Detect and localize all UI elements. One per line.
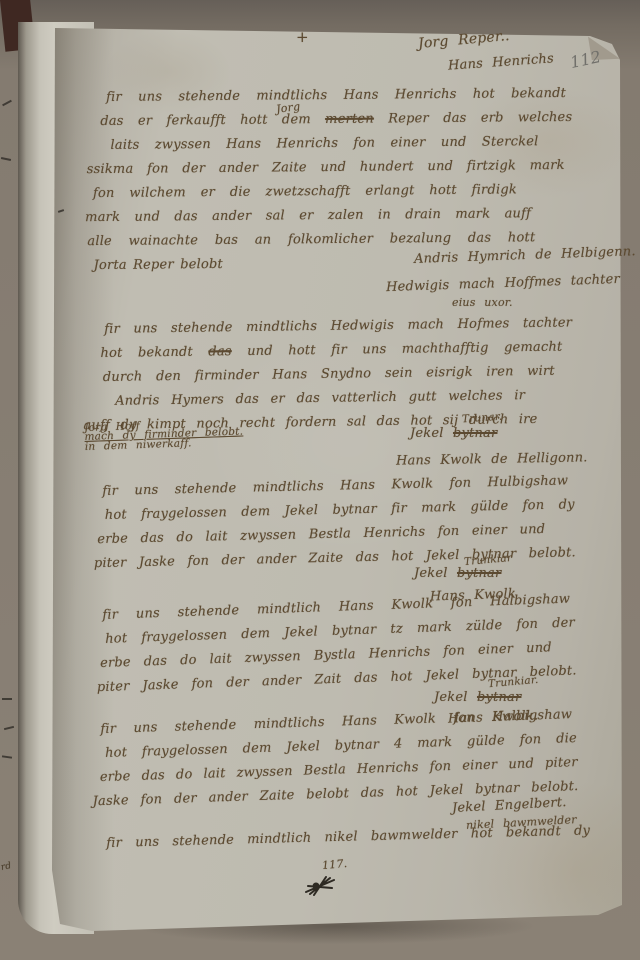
signature: Jekel bytnar [410,426,497,441]
signature-name: Jekel [410,426,444,441]
signature-name: Jekel [414,566,448,581]
strikethrough-word: bytnar [477,690,521,705]
margin-note: Jorg Hoff mach dy firminder belobt. in d… [84,416,244,453]
signature: Jekel bytnar [434,690,521,705]
manuscript-photo: + Jorg Reper.. Hans Henrichs 112 fir uns… [0,0,640,960]
strikethrough-word: bytnar [453,426,497,441]
strikethrough-word: das [208,344,232,359]
ink-blot [304,874,338,896]
edge-ink-mark [1,157,11,161]
cross-mark: + [296,28,309,46]
strikethrough-word: bytnar [457,566,501,581]
signature: Jekel bytnar [414,566,501,581]
edge-ink-mark [4,726,14,730]
signature: eius uxor. [452,296,513,309]
record-line: fon wilchem er die zwetzschafft erlangt … [93,178,517,206]
line-text: und hott fir uns machthafftig gemacht [247,340,562,359]
edge-ink-mark [2,755,12,758]
line-text: hot bekandt [100,345,193,361]
edge-ink-mark [2,698,12,700]
inserted-word: Jorg [275,95,302,122]
bottom-folio-number: 117. [321,857,347,872]
strikethrough-word: merten [325,112,374,127]
edge-scribble: rd [0,861,12,873]
signature-name: Jekel [434,690,468,705]
line-text: Reper das erb welches [388,110,572,127]
edge-ink-mark [2,100,12,106]
